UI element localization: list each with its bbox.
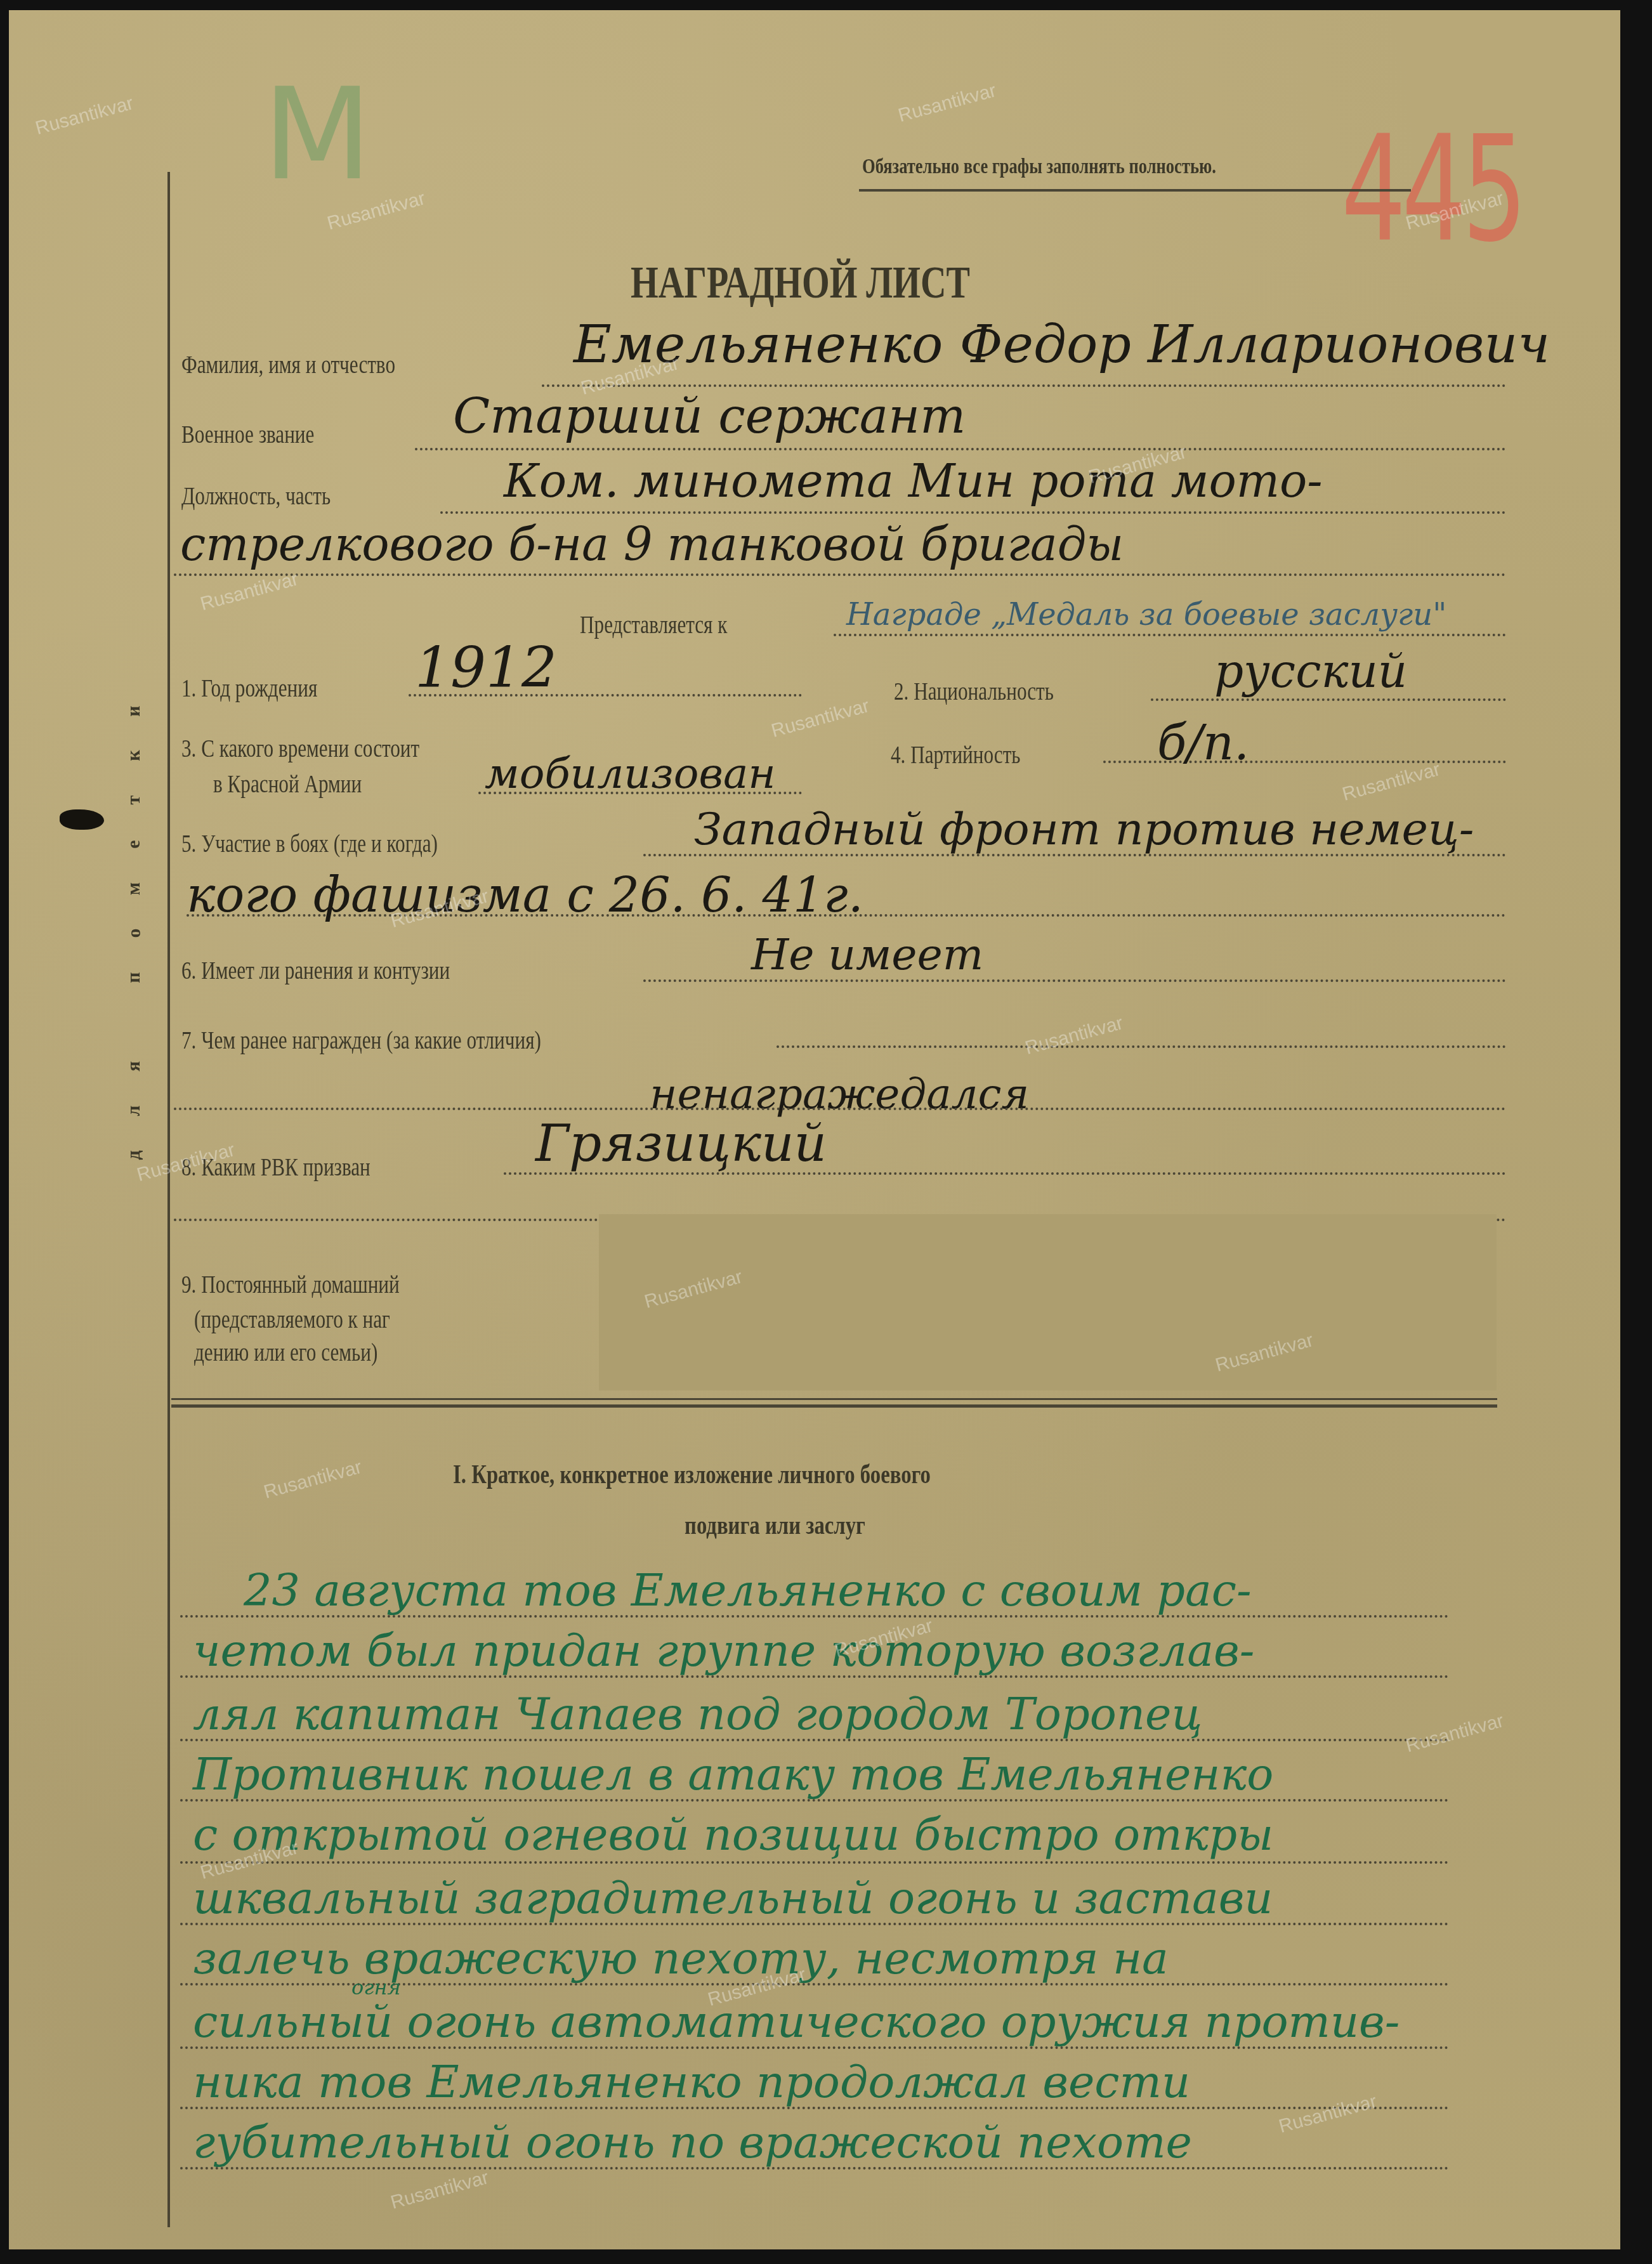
position-line-2 — [174, 573, 1506, 576]
narrative-rule — [180, 1675, 1449, 1678]
party-label: 4. Партийность — [891, 740, 1021, 769]
home-address-label-2: (представляемого к наг — [194, 1304, 390, 1334]
rank-label: Военное звание — [181, 419, 314, 449]
service-since-value: мобилизован — [485, 749, 776, 798]
position-label: Должность, часть — [181, 481, 331, 511]
narrative-rule — [180, 1799, 1449, 1802]
battles-value-line2: кого фашизма с 26. 6. 41г. — [187, 867, 863, 923]
ink-blot — [60, 809, 104, 830]
narrative-rule — [180, 1923, 1449, 1925]
home-address-label-1: 9. Постоянный домашний — [181, 1269, 400, 1299]
narrative-line: лял капитан Чапаев под городом Торопец — [193, 1688, 1202, 1740]
rvk-label: 8. Каким РВК призван — [181, 1152, 370, 1182]
nationality-line — [1151, 698, 1506, 701]
party-value: б/п. — [1157, 714, 1249, 771]
watermark: Rusantikvar — [1403, 1710, 1506, 1757]
section1-heading-1: I. Краткое, конкретное изложение личного… — [453, 1460, 931, 1490]
battles-value-line1: Западный фронт против немец- — [694, 803, 1474, 855]
wounds-value: Не имеет — [751, 930, 983, 980]
narrative-rule — [180, 2167, 1449, 2169]
birth-year-value: 1912 — [415, 635, 557, 700]
narrative-line: залечь вражескую пехоту, несмотря на — [193, 1932, 1169, 1984]
narrative-line: сильный огонь автоматического оружия про… — [193, 1996, 1400, 2048]
watermark: Rusantikvar — [1340, 759, 1443, 806]
narrative-line: ника тов Емельяненко продолжал вести — [193, 2056, 1190, 2108]
redacted-address-block — [599, 1214, 1497, 1390]
previous-awards-line-1 — [777, 1045, 1506, 1048]
section-divider-1 — [171, 1398, 1497, 1400]
nominated-for-line — [834, 634, 1506, 636]
nationality-label: 2. Национальность — [894, 676, 1054, 706]
narrative-rule — [180, 1861, 1449, 1864]
watermark: Rusantikvar — [896, 80, 999, 127]
narrative-line: губительный огонь по вражеской пехоте — [193, 2116, 1192, 2168]
nominated-for-value: Награде „Медаль за боевые заслуги" — [846, 597, 1446, 632]
rank-value: Старший сержант — [453, 388, 966, 444]
narrative-line: шквальный заградительный огонь и застави — [193, 1872, 1273, 1924]
narrative-line: 23 августа тов Емельяненко с своим рас- — [244, 1564, 1252, 1616]
watermark: Rusantikvar — [33, 93, 136, 140]
previous-awards-value: ненагражедался — [650, 1070, 1029, 1118]
instruction-text: Обязательно все графы заполнять полность… — [862, 155, 1216, 179]
narrative-line: с открытой огневой позиции быстро откры — [193, 1809, 1273, 1861]
position-value-line1: Ком. минометa Мин рота мото- — [504, 454, 1323, 507]
left-margin-line — [167, 172, 170, 2227]
birth-year-label: 1. Год рождения — [181, 673, 317, 703]
document-title: НАГРАДНОЙ ЛИСТ — [631, 256, 970, 309]
watermark: Rusantikvar — [769, 695, 872, 742]
wounds-label: 6. Имеет ли ранения и контузии — [181, 955, 450, 985]
full-name-label: Фамилия, имя и отчество — [181, 350, 395, 379]
award-sheet-paper: М 445 Обязательно все графы заполнять по… — [9, 10, 1620, 2249]
watermark: Rusantikvar — [261, 1456, 364, 1503]
narrative-rule — [180, 1739, 1449, 1741]
battles-label: 5. Участие в боях (где и когда) — [181, 828, 438, 858]
home-address-label-3: дению или его семьи) — [194, 1337, 377, 1367]
section-divider-2 — [171, 1404, 1497, 1408]
previous-awards-line-2 — [174, 1108, 1506, 1110]
green-pencil-mark: М — [263, 61, 360, 209]
service-since-label-1: 3. С какого времени состоит — [181, 733, 419, 763]
position-line-1 — [440, 511, 1506, 514]
narrative-rule — [180, 1615, 1449, 1618]
section1-heading-2: подвига или заслуг — [685, 1510, 865, 1541]
narrative-line: Противник пошел в атаку тов Емельяненко — [193, 1748, 1273, 1800]
position-value-line2: стрелкового б-на 9 танковой бригады — [180, 518, 1124, 571]
watermark: Rusantikvar — [1023, 1012, 1125, 1059]
nationality-value: русский — [1214, 645, 1407, 698]
service-since-label-2: в Красной Армии — [213, 769, 362, 799]
full-name-line — [542, 384, 1506, 387]
narrative-line: четом был придан группе которую возглав- — [193, 1625, 1254, 1677]
nominated-for-label: Представляется к — [580, 610, 727, 639]
watermark: Rusantikvar — [388, 2167, 491, 2214]
rank-line — [415, 448, 1506, 450]
narrative-rule — [180, 2107, 1449, 2109]
rvk-value: Грязицкий — [535, 1114, 827, 1173]
watermark: Rusantikvar — [1276, 2091, 1379, 2138]
margin-vertical-label: иктемоп ялд — [124, 689, 143, 1177]
narrative-rule — [180, 2046, 1449, 2049]
full-name-value: Емельяненко Федор Илларионович — [574, 315, 1550, 375]
instruction-underline — [859, 189, 1411, 192]
previous-awards-label: 7. Чем ранее награжден (за какие отличия… — [181, 1025, 541, 1055]
